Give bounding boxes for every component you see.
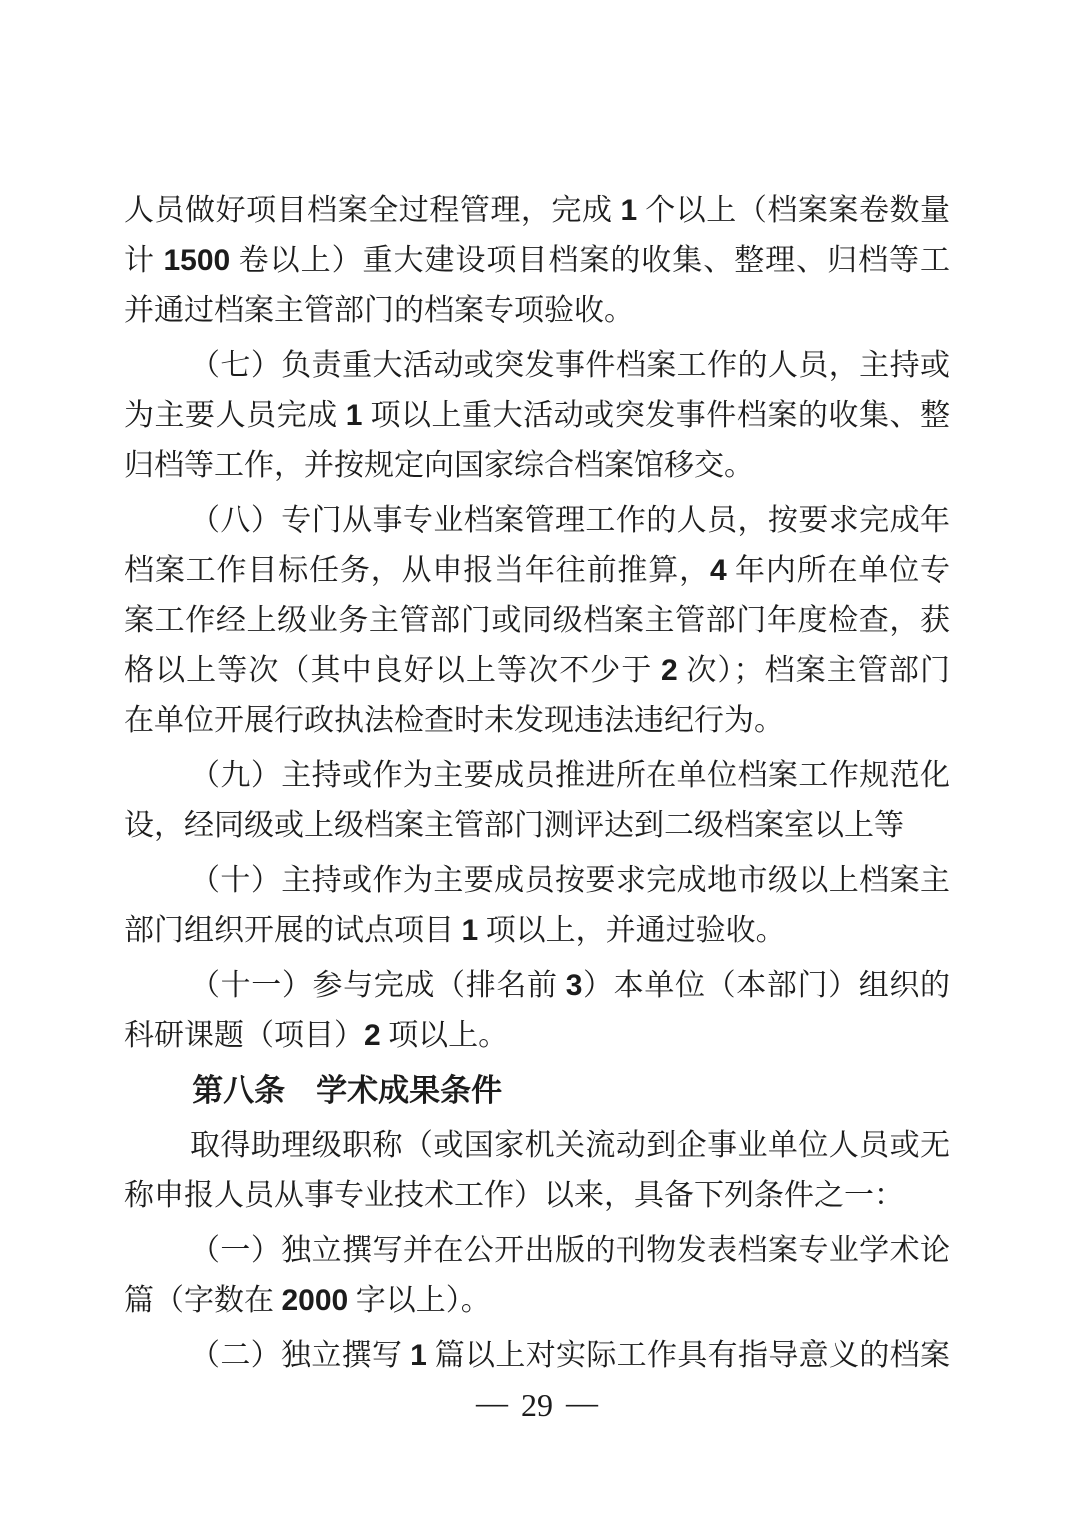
numeral: 1500 [163,244,230,277]
footer-dash-left: — [476,1384,508,1420]
numeral: 2 [364,1019,381,1052]
text-line: 为主要人员完成 1 项以上重大活动或突发事件档案的收集、整理、 [124,391,950,441]
text-line: 人员做好项目档案全过程管理，完成 1 个以上（档案案卷数量累 [124,186,950,236]
numeral: 2 [661,654,678,687]
paragraph: （十一）参与完成（排名前 3）本单位（本部门）组织的档案科研课题（项目）2 项以… [124,961,950,1061]
text-line: 在单位开展行政执法检查时未发现违法违纪行为。 [124,696,950,746]
numeral: 1 [462,914,479,947]
text-line: 计 1500 卷以上）重大建设项目档案的收集、整理、归档等工作， [124,236,950,286]
text-line: 设，经同级或上级档案主管部门测评达到二级档案室以上等级。 [124,801,950,851]
document-body: 人员做好项目档案全过程管理，完成 1 个以上（档案案卷数量累计 1500 卷以上… [124,186,950,1381]
numeral: 2000 [282,1284,349,1317]
paragraph: （七）负责重大活动或突发事件档案工作的人员，主持或作为主要人员完成 1 项以上重… [124,341,950,491]
paragraph: （八）专门从事专业档案管理工作的人员，按要求完成年度档案工作目标任务，从申报当年… [124,496,950,746]
text-line: 取得助理级职称（或国家机关流动到企事业单位人员或无职 [124,1121,950,1171]
text-line: （十一）参与完成（排名前 3）本单位（本部门）组织的档案 [124,961,950,1011]
footer-dash-right: — [566,1384,598,1420]
paragraph: （一）独立撰写并在公开出版的刊物发表档案专业学术论文 1篇（字数在 2000 字… [124,1226,950,1326]
text-line: 格以上等次（其中良好以上等次不少于 2 次）；档案主管部门对所 [124,646,950,696]
text-line: 案工作经上级业务主管部门或同级档案主管部门年度检查，获合 [124,596,950,646]
numeral: 1 [346,399,363,432]
text-line: （九）主持或作为主要成员推进所在单位档案工作规范化建 [124,751,950,801]
page-footer: —29— [0,1383,1074,1427]
text-line: 部门组织开展的试点项目 1 项以上，并通过验收。 [124,906,950,956]
text-line: （二）独立撰写 1 篇以上对实际工作具有指导意义的档案工 [124,1331,950,1381]
paragraph: （九）主持或作为主要成员推进所在单位档案工作规范化建设，经同级或上级档案主管部门… [124,751,950,851]
text-line: 篇（字数在 2000 字以上）。 [124,1276,950,1326]
text-line: （八）专门从事专业档案管理工作的人员，按要求完成年度 [124,496,950,546]
paragraph: （十）主持或作为主要成员按要求完成地市级以上档案主管部门组织开展的试点项目 1 … [124,856,950,956]
text-line: 科研课题（项目）2 项以上。 [124,1011,950,1061]
section-heading: 第八条 学术成果条件 [124,1066,950,1116]
document-page: 人员做好项目档案全过程管理，完成 1 个以上（档案案卷数量累计 1500 卷以上… [0,0,1074,1520]
numeral: 4 [710,554,727,587]
numeral: 3 [566,969,583,1002]
text-line: （七）负责重大活动或突发事件档案工作的人员，主持或作 [124,341,950,391]
paragraph: 人员做好项目档案全过程管理，完成 1 个以上（档案案卷数量累计 1500 卷以上… [124,186,950,336]
page-number: 29 [521,1387,553,1423]
text-line: （十）主持或作为主要成员按要求完成地市级以上档案主管 [124,856,950,906]
numeral: 1 [621,194,638,227]
text-line: 档案工作目标任务，从申报当年往前推算，4 年内所在单位专业档 [124,546,950,596]
text-line: （一）独立撰写并在公开出版的刊物发表档案专业学术论文 1 [124,1226,950,1276]
numeral: 1 [410,1339,427,1372]
text-line: 称申报人员从事专业技术工作）以来，具备下列条件之一： [124,1171,950,1221]
paragraph: 取得助理级职称（或国家机关流动到企事业单位人员或无职称申报人员从事专业技术工作）… [124,1121,950,1221]
paragraph: （二）独立撰写 1 篇以上对实际工作具有指导意义的档案工 [124,1331,950,1381]
text-line: 归档等工作，并按规定向国家综合档案馆移交。 [124,441,950,491]
text-line: 并通过档案主管部门的档案专项验收。 [124,286,950,336]
text-line: 第八条 学术成果条件 [124,1066,950,1116]
